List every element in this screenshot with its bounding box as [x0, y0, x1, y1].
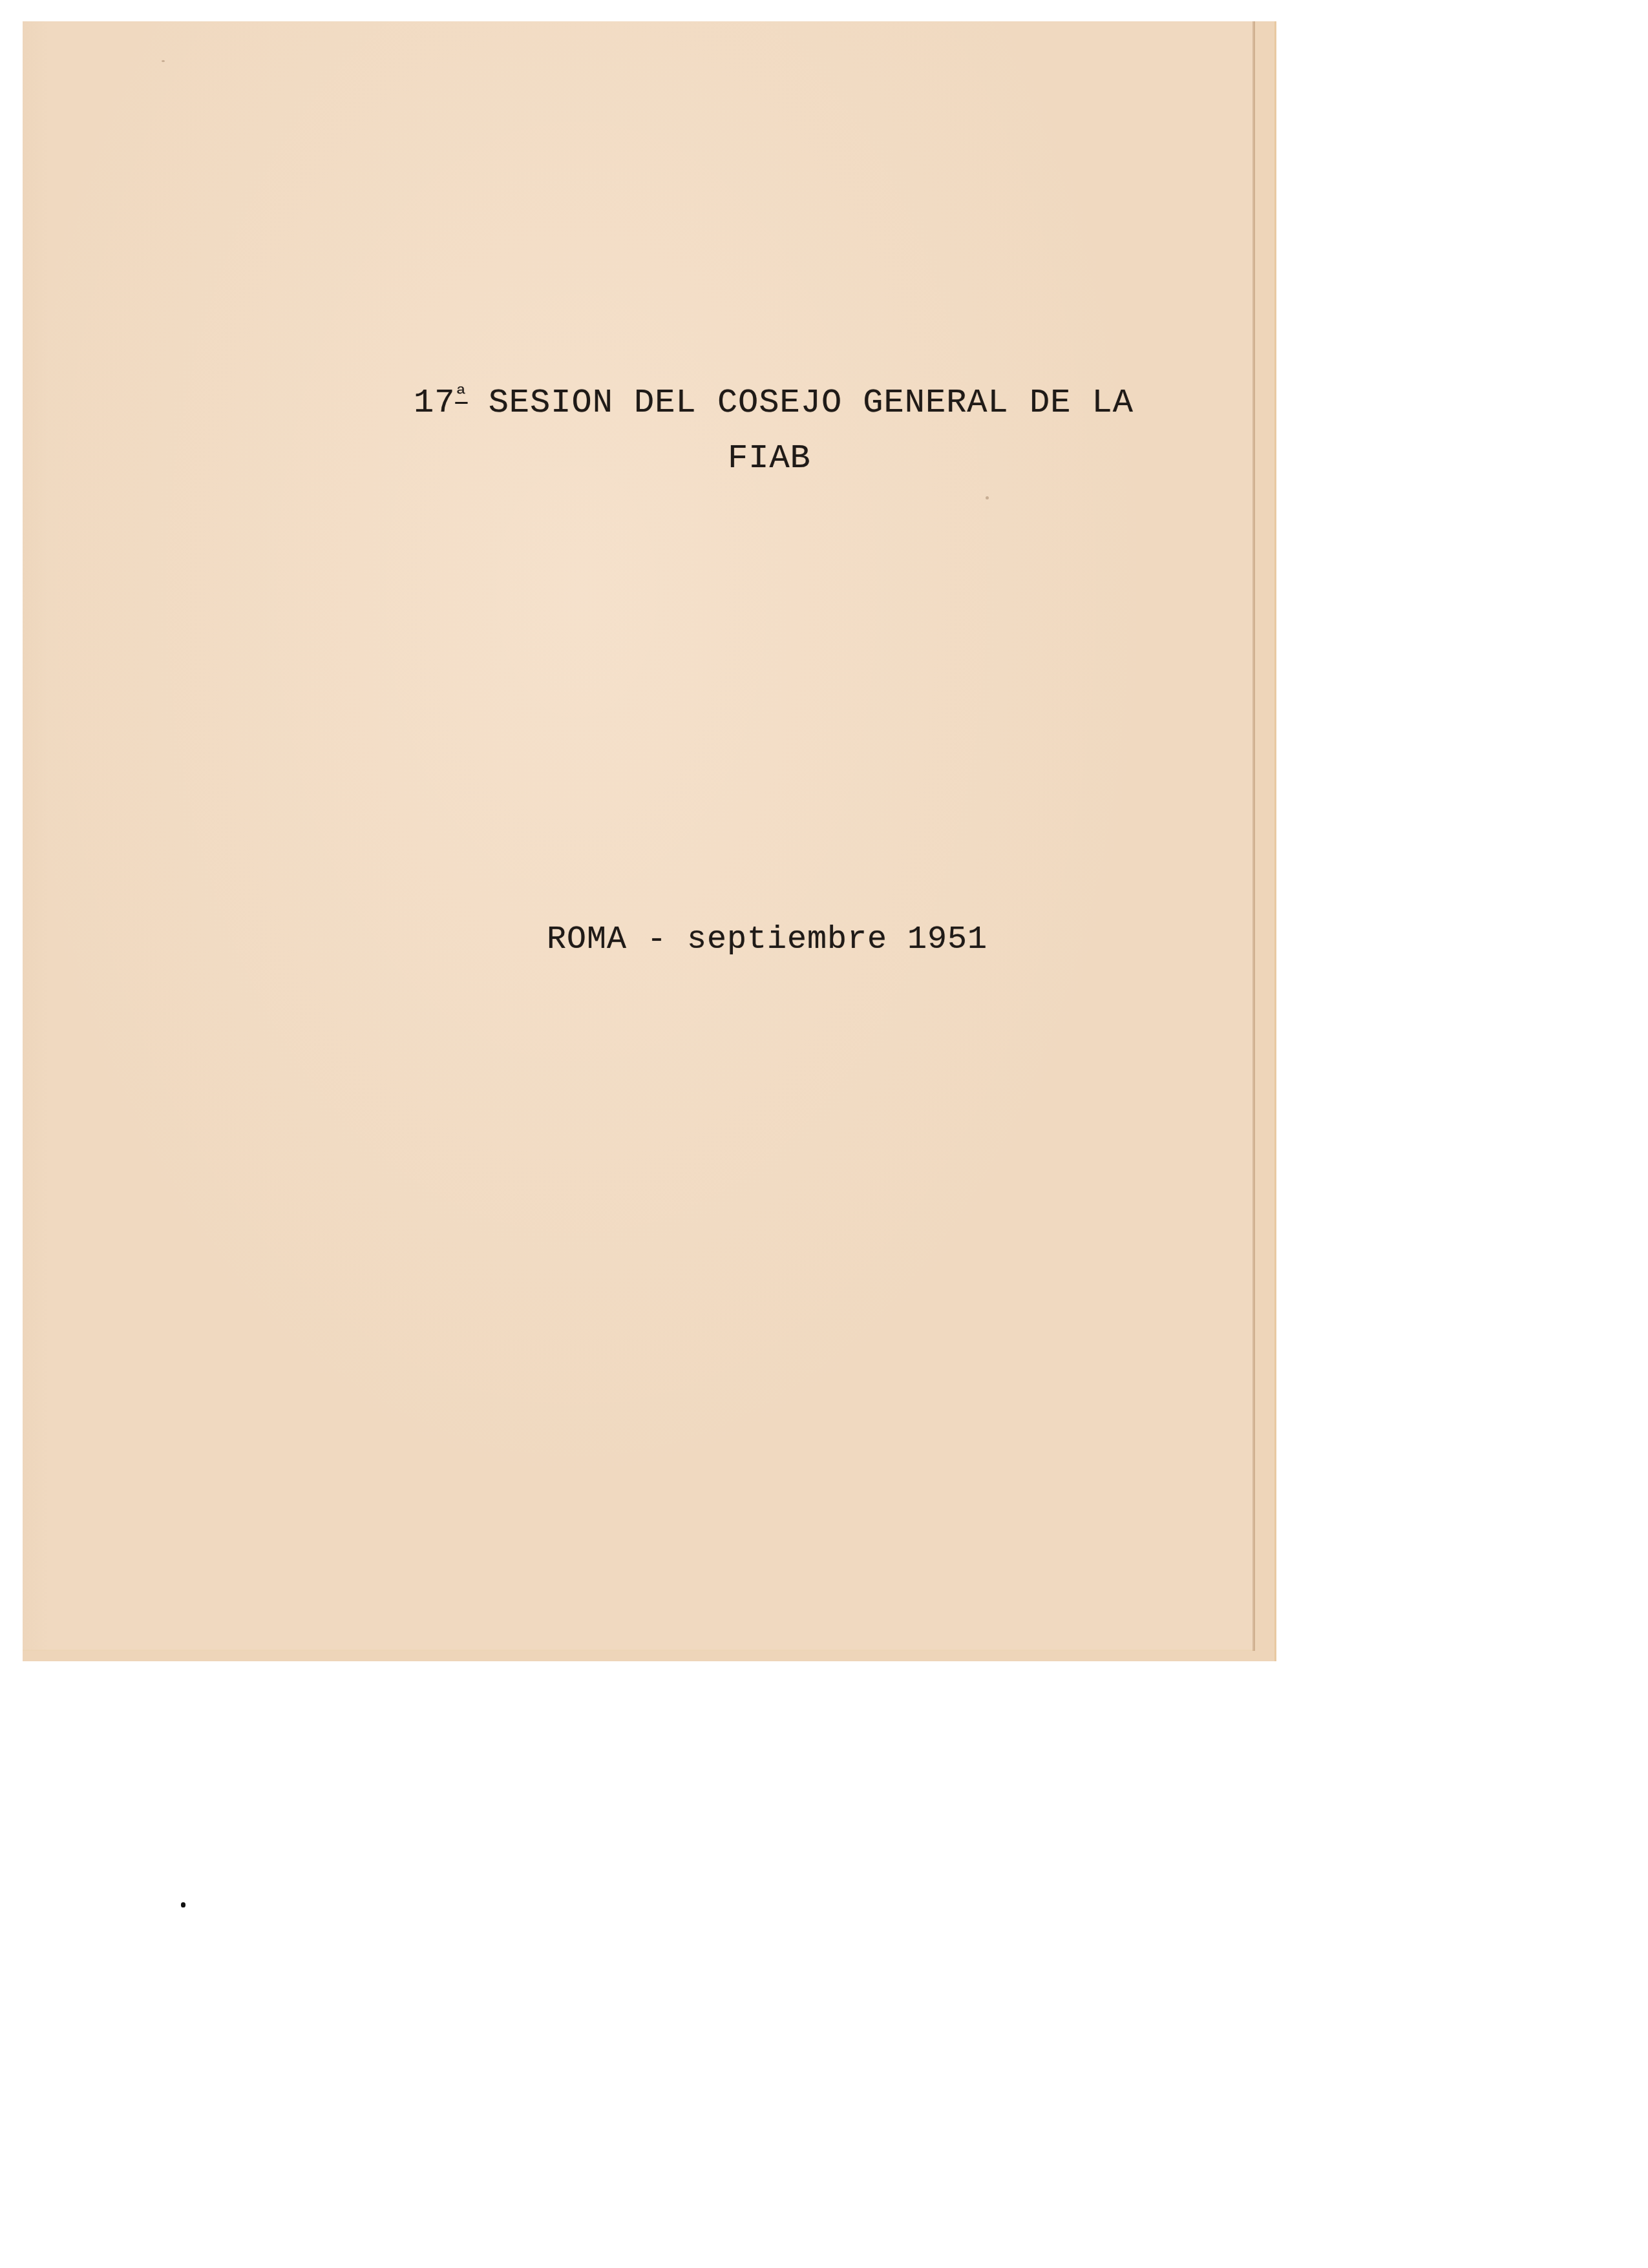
paper-sheet: [23, 21, 1254, 1651]
place-and-date: ROMA - septiembre 1951: [547, 921, 988, 960]
session-number: 17: [414, 384, 455, 422]
paper-speck: [986, 496, 989, 499]
document-title-line-2: FIAB: [728, 439, 811, 478]
scanned-page-background: 17ª SESION DEL COSEJO GENERAL DE LA FIAB…: [0, 0, 1648, 2268]
paper-speck: [162, 60, 165, 62]
title-text: SESION DEL COSEJO GENERAL DE LA: [467, 384, 1134, 422]
document-title-line-1: 17ª SESION DEL COSEJO GENERAL DE LA: [414, 376, 1134, 423]
scan-speck: [181, 1902, 185, 1907]
sheet-edge-line: [1254, 21, 1255, 1651]
ordinal-indicator: ª: [455, 384, 467, 406]
